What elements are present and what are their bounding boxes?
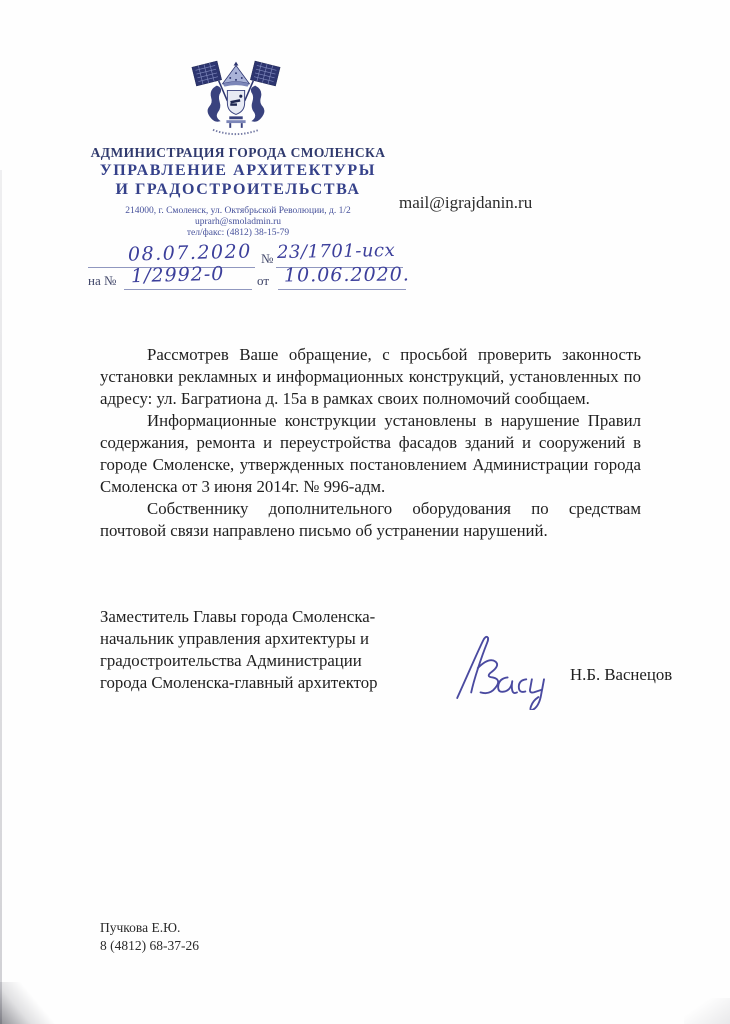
handwritten-outgoing-number: 23/1701-исх (277, 240, 396, 263)
from-date-label: от (257, 273, 269, 289)
body-paragraph-3: Собственнику дополнительного оборудовани… (100, 498, 641, 542)
smolensk-coat-of-arms-icon (188, 60, 284, 142)
scan-corner-smudge-right (684, 998, 730, 1024)
letterhead-phone: тел/факс: (4812) 38-15-79 (48, 228, 428, 238)
handwritten-outgoing-date: 08.07.2020 (128, 240, 252, 265)
in-reply-to-label: на № (88, 273, 116, 289)
handwritten-incoming-date: 10.06.2020. (284, 263, 410, 286)
letterhead-email: uprarh@smoladmin.ru (48, 217, 428, 227)
recipient-email: mail@igrajdanin.ru (399, 193, 532, 213)
letter-body: Рассмотрев Ваше обращение, с просьбой пр… (100, 344, 641, 542)
number-sign-label: № (261, 251, 273, 267)
letterhead-address: 214000, г. Смоленск, ул. Октябрьской Рев… (48, 206, 428, 216)
executor-name: Пучкова Е.Ю. (100, 920, 180, 936)
handwritten-signature-icon (446, 630, 558, 710)
signer-title-block: Заместитель Главы города Смоленска- нача… (100, 606, 430, 694)
signer-title-line-3: градостроительства Администрации (100, 650, 430, 672)
org-name-department-line1: УПРАВЛЕНИЕ АРХИТЕКТУРЫ (48, 162, 428, 180)
handwritten-incoming-number: 1/2992-0 (131, 263, 225, 287)
signer-name: Н.Б. Васнецов (570, 665, 672, 685)
ref-underline-4 (278, 288, 406, 290)
signer-title-line-2: начальник управления архитектуры и (100, 628, 430, 650)
scan-corner-smudge-left (0, 982, 55, 1024)
body-paragraph-1: Рассмотрев Ваше обращение, с просьбой пр… (100, 344, 641, 410)
signer-title-line-4: города Смоленска-главный архитектор (100, 672, 430, 694)
scan-edge-artifact (0, 170, 2, 1024)
ref-underline-3 (124, 288, 252, 290)
signer-title-line-1: Заместитель Главы города Смоленска- (100, 606, 430, 628)
letter-page: АДМИНИСТРАЦИЯ ГОРОДА СМОЛЕНСКА УПРАВЛЕНИ… (0, 0, 730, 1024)
org-name-department-line2: И ГРАДОСТРОИТЕЛЬСТВА (48, 181, 428, 199)
body-paragraph-2: Информационные конструкции установлены в… (100, 410, 641, 498)
org-name-administration: АДМИНИСТРАЦИЯ ГОРОДА СМОЛЕНСКА (48, 145, 428, 161)
executor-phone: 8 (4812) 68-37-26 (100, 938, 199, 954)
